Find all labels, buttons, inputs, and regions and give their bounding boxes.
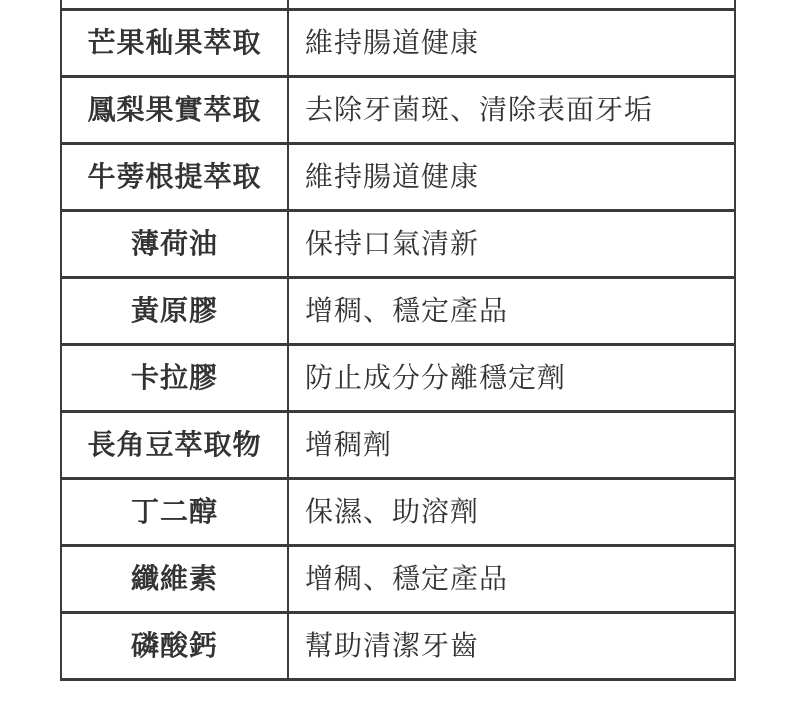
table-row: 纖維素 增稠、穩定產品 [62, 544, 734, 611]
ingredient-function-cell: 去除牙菌斑、清除表面牙垢 [289, 78, 734, 142]
table-row: 芒果秈果萃取 維持腸道健康 [62, 8, 734, 75]
ingredient-name-cell: 芒果秈果萃取 [62, 11, 289, 75]
ingredient-function-cell: 維持腸道健康 [289, 145, 734, 209]
table-row: 磷酸鈣 幫助清潔牙齒 [62, 611, 734, 678]
ingredient-function-cell-partial [289, 0, 734, 8]
ingredient-name-cell: 薄荷油 [62, 212, 289, 276]
ingredient-table: 芒果秈果萃取 維持腸道健康 鳳梨果實萃取 去除牙菌斑、清除表面牙垢 牛蒡根提萃取… [60, 0, 736, 681]
table-row: 長角豆萃取物 增稠劑 [62, 410, 734, 477]
ingredient-name-cell-partial [62, 0, 289, 8]
table-row: 薄荷油 保持口氣清新 [62, 209, 734, 276]
ingredient-name-cell: 丁二醇 [62, 480, 289, 544]
ingredient-function-cell: 保持口氣清新 [289, 212, 734, 276]
ingredient-name-cell: 黃原膠 [62, 279, 289, 343]
ingredient-function-cell: 保濕、助溶劑 [289, 480, 734, 544]
ingredient-function-cell: 增稠、穩定產品 [289, 279, 734, 343]
ingredient-function-cell: 防止成分分離穩定劑 [289, 346, 734, 410]
table-row: 牛蒡根提萃取 維持腸道健康 [62, 142, 734, 209]
ingredient-name-cell: 卡拉膠 [62, 346, 289, 410]
table-row: 丁二醇 保濕、助溶劑 [62, 477, 734, 544]
ingredient-function-cell: 維持腸道健康 [289, 11, 734, 75]
ingredient-name-cell: 磷酸鈣 [62, 614, 289, 678]
ingredient-function-cell: 幫助清潔牙齒 [289, 614, 734, 678]
table-row: 黃原膠 增稠、穩定產品 [62, 276, 734, 343]
ingredient-name-cell: 纖維素 [62, 547, 289, 611]
ingredient-name-cell: 鳳梨果實萃取 [62, 78, 289, 142]
ingredient-name-cell: 牛蒡根提萃取 [62, 145, 289, 209]
ingredient-name-cell: 長角豆萃取物 [62, 413, 289, 477]
table-row: 鳳梨果實萃取 去除牙菌斑、清除表面牙垢 [62, 75, 734, 142]
table-rows: 芒果秈果萃取 維持腸道健康 鳳梨果實萃取 去除牙菌斑、清除表面牙垢 牛蒡根提萃取… [62, 8, 734, 678]
table-row: 卡拉膠 防止成分分離穩定劑 [62, 343, 734, 410]
ingredient-function-cell: 增稠、穩定產品 [289, 547, 734, 611]
ingredient-function-cell: 增稠劑 [289, 413, 734, 477]
table-partial-row-top [62, 0, 734, 8]
